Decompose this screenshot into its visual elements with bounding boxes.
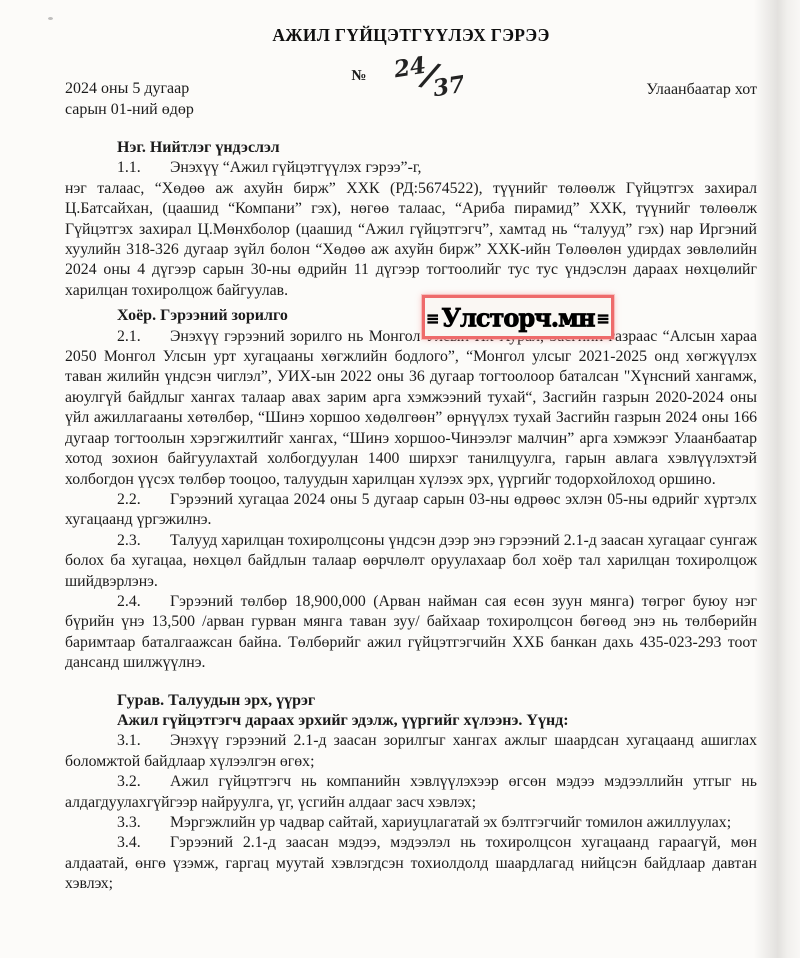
- clause-3-2: 3.2.Ажил гүйцэтгэгч нь компанийн хэвлүүл…: [65, 772, 757, 813]
- clause-lead-text: Энэхүү “Ажил гүйцэтгүүлэх гэрээ”-г,: [170, 159, 421, 176]
- document-city: Улаанбаатар хот: [646, 79, 757, 120]
- clause-number: 3.3.: [117, 813, 170, 833]
- clause-3-3: 3.3.Мэргэжлийн ур чадвар сайтай, хариуцл…: [65, 813, 757, 833]
- handwritten-number-denominator: 37: [431, 71, 467, 103]
- clause-2-4: 2.4.Гэрээний төлбөр 18,900,000 (Арван на…: [65, 592, 757, 674]
- clause-number: 2.1.: [117, 327, 170, 347]
- clause-2-3: 2.3.Талууд харилцан тохиролцсоны үндсэн …: [65, 531, 757, 592]
- section-one-heading: Нэг. Нийтлэг үндэслэл: [65, 138, 757, 158]
- number-sign: №: [351, 68, 366, 84]
- clause-2-1: 2.1.Энэхүү гэрээний зорилго нь Монгол Ул…: [65, 327, 757, 490]
- clause-number: 3.2.: [117, 772, 170, 792]
- document-title: АЖИЛ ГҮЙЦЭТГҮҮЛЭХ ГЭРЭЭ: [65, 25, 757, 46]
- clause-number: 2.3.: [117, 531, 170, 551]
- watermark-right-wing-icon: ≡: [597, 309, 610, 328]
- clause-3-4: 3.4.Гэрээний 2.1-д заасан мэдээ, мэдээлэ…: [65, 833, 757, 894]
- clause-3-1: 3.1.Энэхүү гэрээний 2.1-д заасан зорилгы…: [65, 731, 757, 772]
- scan-speck: [48, 17, 53, 20]
- document-date: 2024 оны 5 дугаар сарын 01-ний өдөр: [65, 79, 194, 120]
- clause-number: 3.1.: [117, 731, 170, 751]
- clause-text: Энэхүү гэрээний зорилго нь Монгол Улсын …: [65, 328, 757, 488]
- section-three-heading: Гурав. Талуудын эрх, үүрэг: [65, 691, 757, 711]
- watermark-left-wing-icon: ≡: [426, 309, 439, 328]
- contract-document-page: АЖИЛ ГҮЙЦЭТГҮҮЛЭХ ГЭРЭЭ №24/37 2024 оны …: [0, 0, 800, 958]
- document-body: Нэг. Нийтлэг үндэслэл 1.1.Энэхүү “Ажил г…: [65, 138, 757, 895]
- clause-2-2: 2.2.Гэрээний хугацаа 2024 оны 5 дугаар с…: [65, 490, 757, 531]
- section-two-heading: Хоёр. Гэрээний зорилго: [65, 306, 757, 326]
- date-line-2: сарын 01-ний өдөр: [65, 100, 194, 121]
- scan-edge-shadow: [754, 0, 800, 958]
- watermark-text: Улсторч.мн: [442, 302, 595, 332]
- clause-number: 2.4.: [117, 592, 170, 612]
- section-three-subheading: Ажил гүйцэтгэгч дараах эрхийг эдэлж, үүр…: [65, 711, 757, 731]
- clause-number: 1.1.: [117, 158, 170, 178]
- ulstorch-watermark: ≡ Улсторч.мн ≡: [422, 295, 614, 339]
- clause-text: Мэргэжлийн ур чадвар сайтай, хариуцлагат…: [170, 814, 731, 831]
- clause-text: нэг талаас, “Хөдөө аж ахуйн бирж” ХХК (Р…: [65, 180, 757, 299]
- handwritten-number: 24/37: [394, 47, 464, 86]
- clause-number: 2.2.: [117, 490, 170, 510]
- clause-1-1: 1.1.Энэхүү “Ажил гүйцэтгүүлэх гэрээ”-г,н…: [65, 158, 757, 301]
- date-line-1: 2024 оны 5 дугаар: [65, 79, 194, 100]
- document-number-row: №24/37: [65, 47, 757, 71]
- clause-number: 3.4.: [117, 833, 170, 853]
